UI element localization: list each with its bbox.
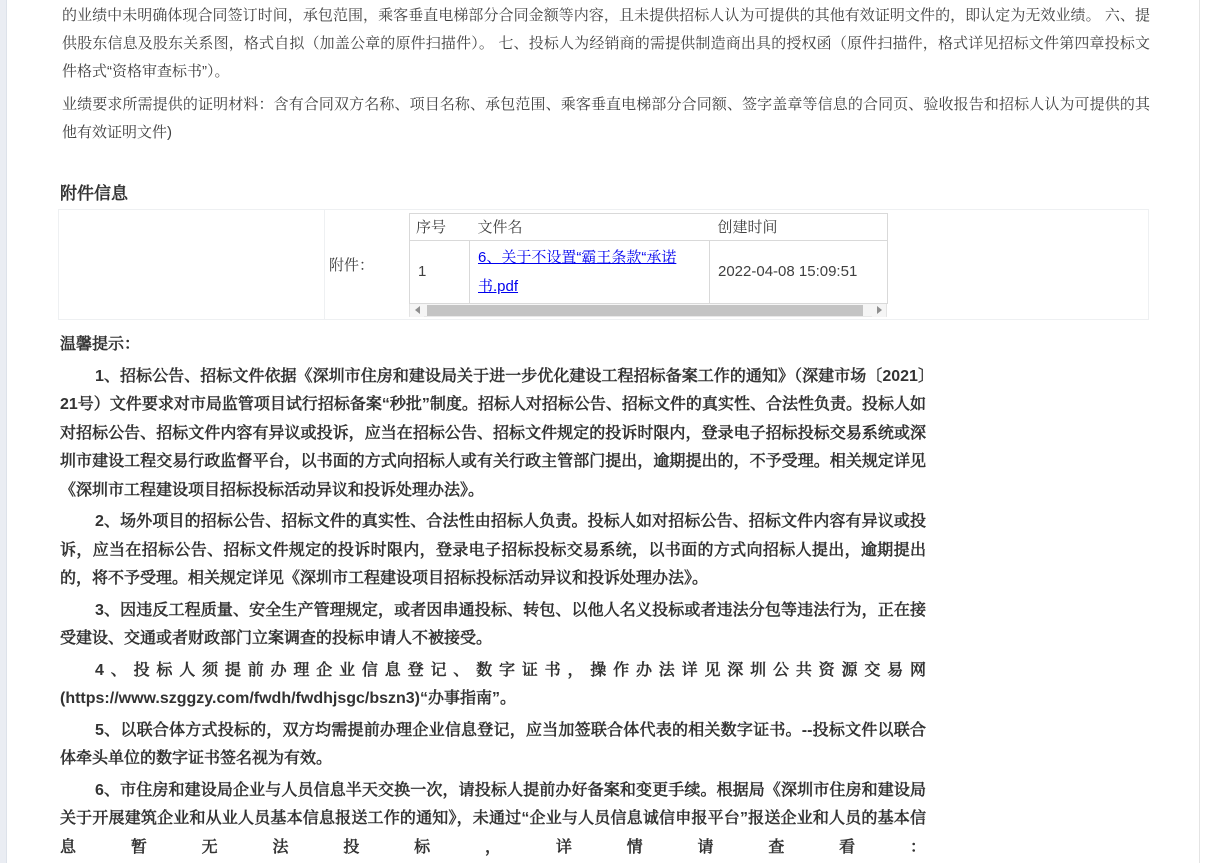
tip-item-5: 5、以联合体方式投标的，双方均需提前办理企业信息登记，应当加签联合体代表的相关数… (60, 717, 926, 774)
tips-heading: 温馨提示： (60, 331, 926, 360)
proof-materials-paragraph: 业绩要求所需提供的证明材料：含有合同双方名称、项目名称、承包范围、乘客垂直电梯部… (62, 91, 1150, 147)
attachments-label: 附件： (325, 254, 409, 275)
file-created-cell: 2022-04-08 15:09:51 (710, 240, 888, 303)
qualification-paragraph: 的业绩中未明确体现合同签订时间，承包范围，乘客垂直电梯部分合同金额等内容，且未提… (62, 2, 1150, 86)
attachments-table: 附件： 序号 文件名 创建时间 1 6、关于不设置“霸王条款“承诺书.pdf 2… (58, 209, 1149, 320)
scrollbar-thumb[interactable] (427, 305, 863, 316)
column-header-index: 序号 (410, 213, 470, 240)
page-left-gutter (0, 0, 7, 863)
tips-section: 温馨提示： 1、招标公告、招标文件依据《深圳市住房和建设局关于进一步优化建设工程… (60, 331, 926, 862)
file-name-cell: 6、关于不设置“霸王条款“承诺书.pdf (470, 240, 710, 303)
files-table: 序号 文件名 创建时间 1 6、关于不设置“霸王条款“承诺书.pdf 2022-… (409, 213, 888, 304)
tip-item-2: 2、场外项目的招标公告、招标文件的真实性、合法性由招标人负责。投标人如对招标公告… (60, 508, 926, 594)
tip-item-3: 3、因违反工程质量、安全生产管理规定，或者因串通投标、转包、以他人名义投标或者违… (60, 597, 926, 654)
horizontal-scrollbar[interactable] (409, 304, 887, 317)
tip-item-1: 1、招标公告、招标文件依据《深圳市住房和建设局关于进一步优化建设工程招标备案工作… (60, 363, 926, 506)
attachments-cell: 附件： 序号 文件名 创建时间 1 6、关于不设置“霸王条款“承诺书.pdf 2… (325, 210, 1148, 319)
scrollbar-left-arrow-button[interactable] (410, 304, 424, 317)
attachments-section-heading: 附件信息 (60, 179, 128, 204)
page-right-border (1199, 0, 1200, 863)
attachment-file-link[interactable]: 6、关于不设置“霸王条款“承诺书.pdf (478, 249, 676, 295)
column-header-created: 创建时间 (710, 213, 888, 240)
files-header-row: 序号 文件名 创建时间 (410, 213, 888, 240)
scrollbar-right-arrow-button[interactable] (872, 304, 886, 317)
tip-item-4: 4、投标人须提前办理企业信息登记、数字证书，操作办法详见深圳公共资源交易网(ht… (60, 657, 926, 714)
scroll-right-icon (877, 306, 882, 314)
column-header-filename: 文件名 (470, 213, 710, 240)
files-table-container: 序号 文件名 创建时间 1 6、关于不设置“霸王条款“承诺书.pdf 2022-… (409, 213, 887, 317)
scroll-left-icon (415, 306, 420, 314)
notice-body-text: 的业绩中未明确体现合同签订时间，承包范围，乘客垂直电梯部分合同金额等内容，且未提… (62, 2, 1150, 152)
attachments-empty-cell (59, 210, 325, 319)
file-index-cell: 1 (410, 240, 470, 303)
tip-item-6: 6、市住房和建设局企业与人员信息半天交换一次，请投标人提前办好备案和变更手续。根… (60, 777, 926, 863)
table-row: 1 6、关于不设置“霸王条款“承诺书.pdf 2022-04-08 15:09:… (410, 240, 888, 303)
